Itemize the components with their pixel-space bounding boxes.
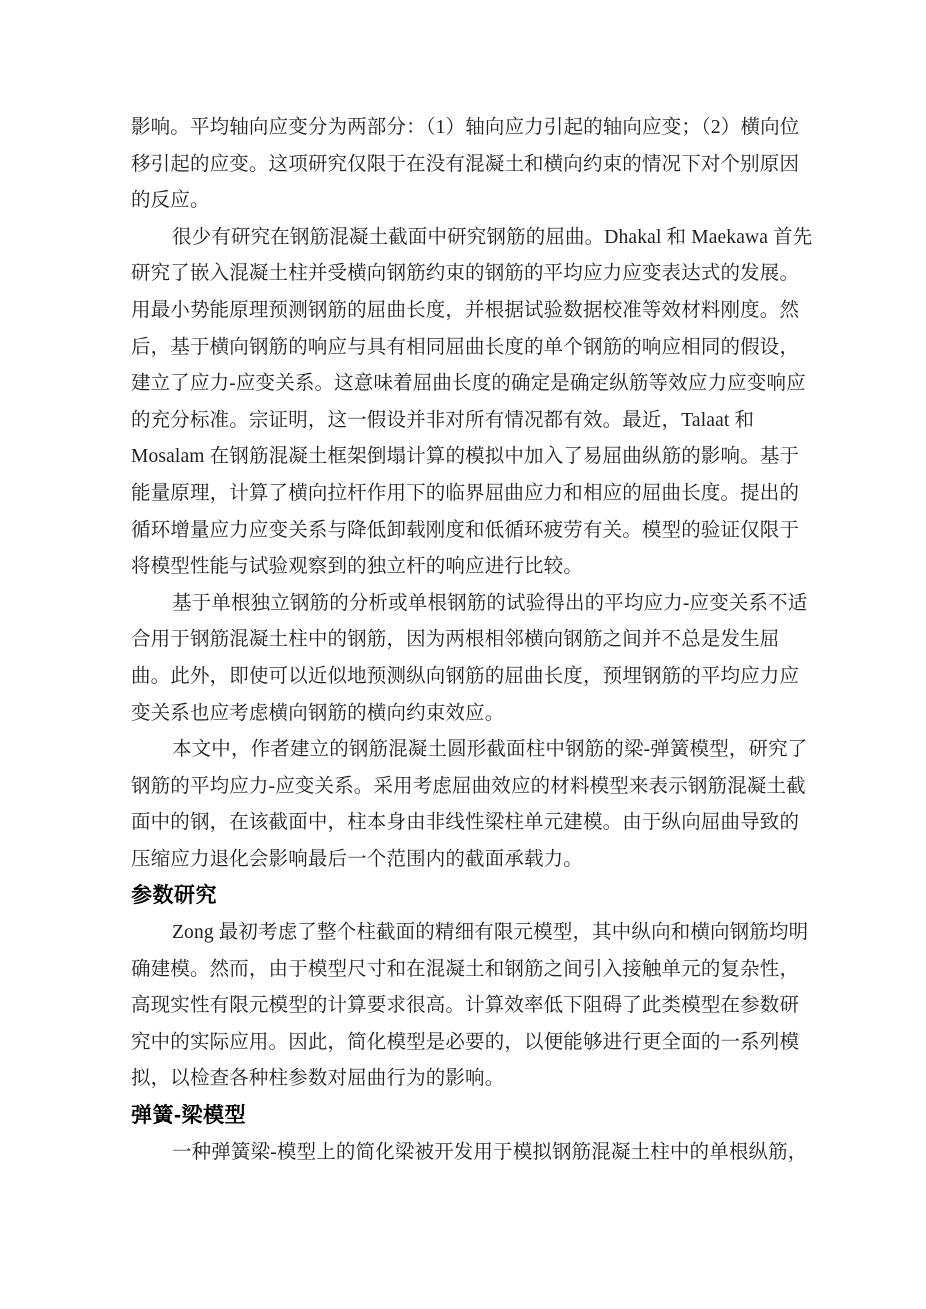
- section-heading-spring-beam-model: 弹簧-梁模型: [131, 1098, 803, 1135]
- paragraph: 很少有研究在钢筋混凝土截面中研究钢筋的屈曲。Dhakal 和 Maekawa 首…: [131, 220, 803, 586]
- text-line: 高现实性有限元模型的计算要求很高。计算效率低下阻碍了此类模型在参数研: [131, 988, 803, 1025]
- text-line: 移引起的应变。这项研究仅限于在没有混凝土和横向约束的情况下对个别原因: [131, 147, 803, 184]
- section-heading-parameter-study: 参数研究: [131, 878, 803, 915]
- text-line: 一种弹簧梁-模型上的简化梁被开发用于模拟钢筋混凝土柱中的单根纵筋，: [131, 1135, 803, 1172]
- text-line: 的充分标准。宗证明，这一假设并非对所有情况都有效。最近，Talaat 和: [131, 403, 803, 440]
- text-line: 曲。此外，即使可以近似地预测纵向钢筋的屈曲长度，预埋钢筋的平均应力应: [131, 659, 803, 696]
- text-line: 本文中，作者建立的钢筋混凝土圆形截面柱中钢筋的梁-弹簧模型，研究了: [131, 732, 803, 769]
- document-page: 影响。平均轴向应变分为两部分：（1）轴向应力引起的轴向应变；（2）横向位 移引起…: [0, 0, 926, 1309]
- text-line: 合用于钢筋混凝土柱中的钢筋，因为两根相邻横向钢筋之间并不总是发生屈: [131, 622, 803, 659]
- text-line: 循环增量应力应变关系与降低卸载刚度和低循环疲劳有关。模型的验证仅限于: [131, 513, 803, 550]
- text-line: 用最小势能原理预测钢筋的屈曲长度，并根据试验数据校准等效材料刚度。然: [131, 293, 803, 330]
- paragraph: 一种弹簧梁-模型上的简化梁被开发用于模拟钢筋混凝土柱中的单根纵筋，: [131, 1135, 803, 1172]
- text-line: 确建模。然而，由于模型尺寸和在混凝土和钢筋之间引入接触单元的复杂性，: [131, 952, 803, 989]
- text-line: 钢筋的平均应力-应变关系。采用考虑屈曲效应的材料模型来表示钢筋混凝土截: [131, 769, 803, 806]
- paragraph: 本文中，作者建立的钢筋混凝土圆形截面柱中钢筋的梁-弹簧模型，研究了 钢筋的平均应…: [131, 732, 803, 878]
- text-line: 影响。平均轴向应变分为两部分：（1）轴向应力引起的轴向应变；（2）横向位: [131, 110, 803, 147]
- paragraph: 基于单根独立钢筋的分析或单根钢筋的试验得出的平均应力-应变关系不适 合用于钢筋混…: [131, 586, 803, 732]
- text-line: 后，基于横向钢筋的响应与具有相同屈曲长度的单个钢筋的响应相同的假设，: [131, 330, 803, 367]
- text-line: 研究了嵌入混凝土柱并受横向钢筋约束的钢筋的平均应力应变表达式的发展。: [131, 256, 803, 293]
- text-line: 建立了应力-应变关系。这意味着屈曲长度的确定是确定纵筋等效应力应变响应: [131, 366, 803, 403]
- text-line: 基于单根独立钢筋的分析或单根钢筋的试验得出的平均应力-应变关系不适: [131, 586, 803, 623]
- text-line: 变关系也应考虑横向钢筋的横向约束效应。: [131, 696, 803, 733]
- text-line: Mosalam 在钢筋混凝土框架倒塌计算的模拟中加入了易屈曲纵筋的影响。基于: [131, 439, 803, 476]
- text-line: 拟，以检查各种柱参数对屈曲行为的影响。: [131, 1061, 803, 1098]
- text-line: 究中的实际应用。因此，简化模型是必要的，以便能够进行更全面的一系列模: [131, 1025, 803, 1062]
- text-line: 面中的钢，在该截面中，柱本身由非线性梁柱单元建模。由于纵向屈曲导致的: [131, 805, 803, 842]
- paragraph: Zong 最初考虑了整个柱截面的精细有限元模型，其中纵向和横向钢筋均明 确建模。…: [131, 915, 803, 1098]
- document-text-area: 影响。平均轴向应变分为两部分：（1）轴向应力引起的轴向应变；（2）横向位 移引起…: [131, 110, 803, 1171]
- text-line: 压缩应力退化会影响最后一个范围内的截面承载力。: [131, 842, 803, 879]
- paragraph: 影响。平均轴向应变分为两部分：（1）轴向应力引起的轴向应变；（2）横向位 移引起…: [131, 110, 803, 220]
- text-line: 将模型性能与试验观察到的独立杆的响应进行比较。: [131, 549, 803, 586]
- text-line: 很少有研究在钢筋混凝土截面中研究钢筋的屈曲。Dhakal 和 Maekawa 首…: [131, 220, 803, 257]
- text-line: 能量原理，计算了横向拉杆作用下的临界屈曲应力和相应的屈曲长度。提出的: [131, 476, 803, 513]
- text-line: 的反应。: [131, 183, 803, 220]
- text-line: Zong 最初考虑了整个柱截面的精细有限元模型，其中纵向和横向钢筋均明: [131, 915, 803, 952]
